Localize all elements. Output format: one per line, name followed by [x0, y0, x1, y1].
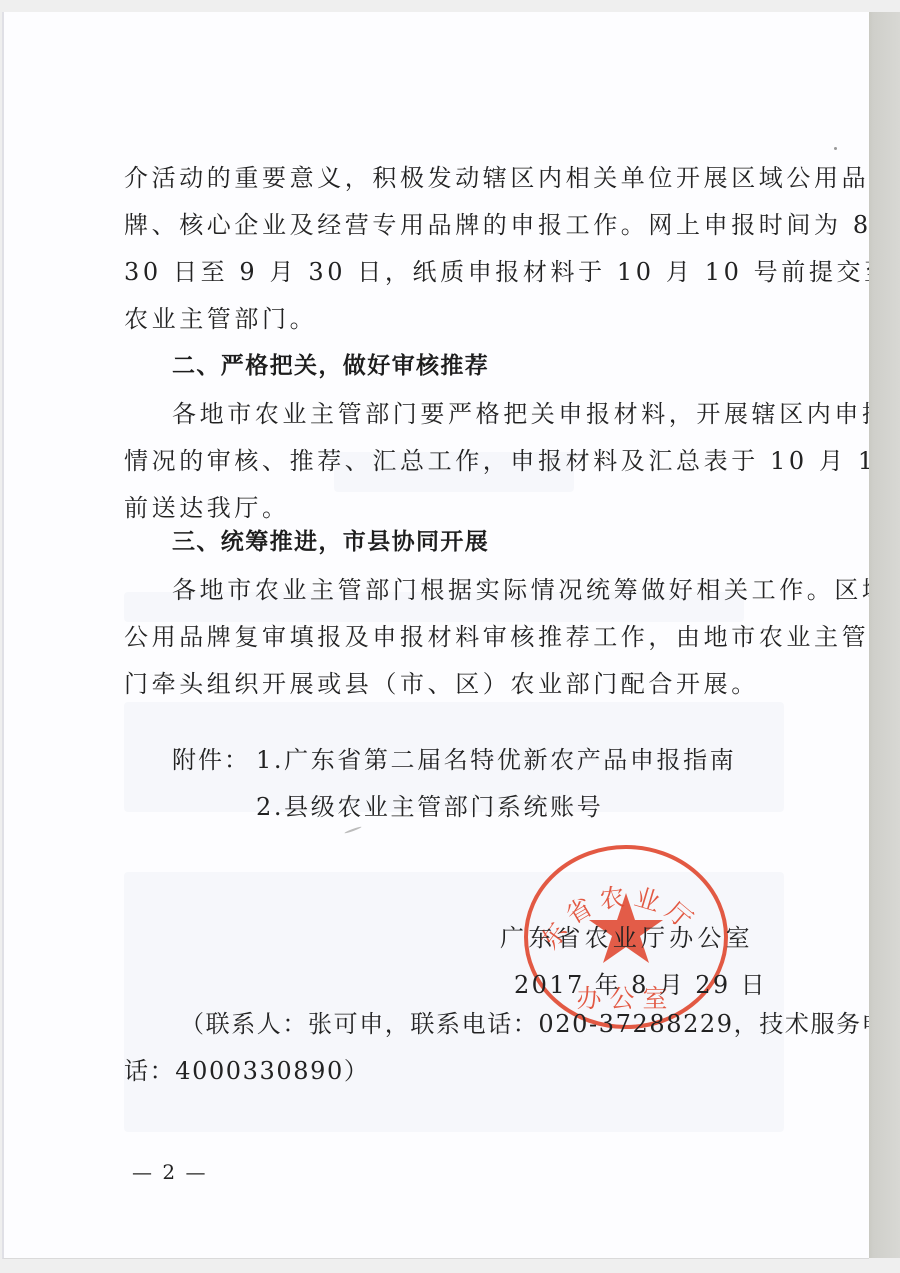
issuer-name: 广东省农业厅办公室: [500, 926, 754, 950]
paragraph-line: 情况的审核、推荐、汇总工作，申报材料及汇总表于 10 月 13 日: [124, 449, 900, 473]
contact-line: （联系人：张可申，联系电话：020-37288229，技术服务电: [180, 1012, 887, 1036]
scanner-page-edge: [869, 12, 900, 1258]
document-page: 介活动的重要意义，积极发动辖区内相关单位开展区域公用品 牌、核心企业及经营专用品…: [2, 12, 869, 1259]
contact-line: 话：4000330890）: [124, 1059, 370, 1083]
paragraph-line: 前送达我厅。: [124, 496, 290, 520]
section-heading-review: 二、严格把关，做好审核推荐: [172, 355, 489, 378]
paragraph-line: 农业主管部门。: [124, 307, 317, 331]
paragraph-line: 30 日至 9 月 30 日，纸质申报材料于 10 月 10 号前提交至各地市: [124, 260, 900, 284]
issue-date: 2017 年 8 月 29 日: [514, 973, 767, 997]
page-number: — 2 —: [132, 1160, 207, 1184]
paragraph-line: 各地市农业主管部门根据实际情况统筹做好相关工作。区域: [172, 578, 890, 602]
paragraph-line: 各地市农业主管部门要严格把关申报材料，开展辖区内申报: [172, 402, 890, 426]
paragraph-line: 公用品牌复审填报及申报材料审核推荐工作，由地市农业主管部: [124, 625, 897, 649]
scan-speck: [834, 147, 837, 150]
section-heading-coordination: 三、统筹推进，市县协同开展: [172, 531, 489, 554]
scan-speck: [344, 826, 362, 834]
paragraph-line: 牌、核心企业及经营专用品牌的申报工作。网上申报时间为 8 月: [124, 213, 900, 237]
attachment-item: 2.县级农业主管部门系统账号: [256, 795, 603, 819]
paragraph-line: 门牵头组织开展或县（市、区）农业部门配合开展。: [124, 672, 759, 696]
paragraph-line: 介活动的重要意义，积极发动辖区内相关单位开展区域公用品: [124, 166, 869, 190]
attachment-item: 1.广东省第二届名特优新农产品申报指南: [256, 748, 736, 772]
attachments-label: 附件：: [172, 748, 250, 772]
